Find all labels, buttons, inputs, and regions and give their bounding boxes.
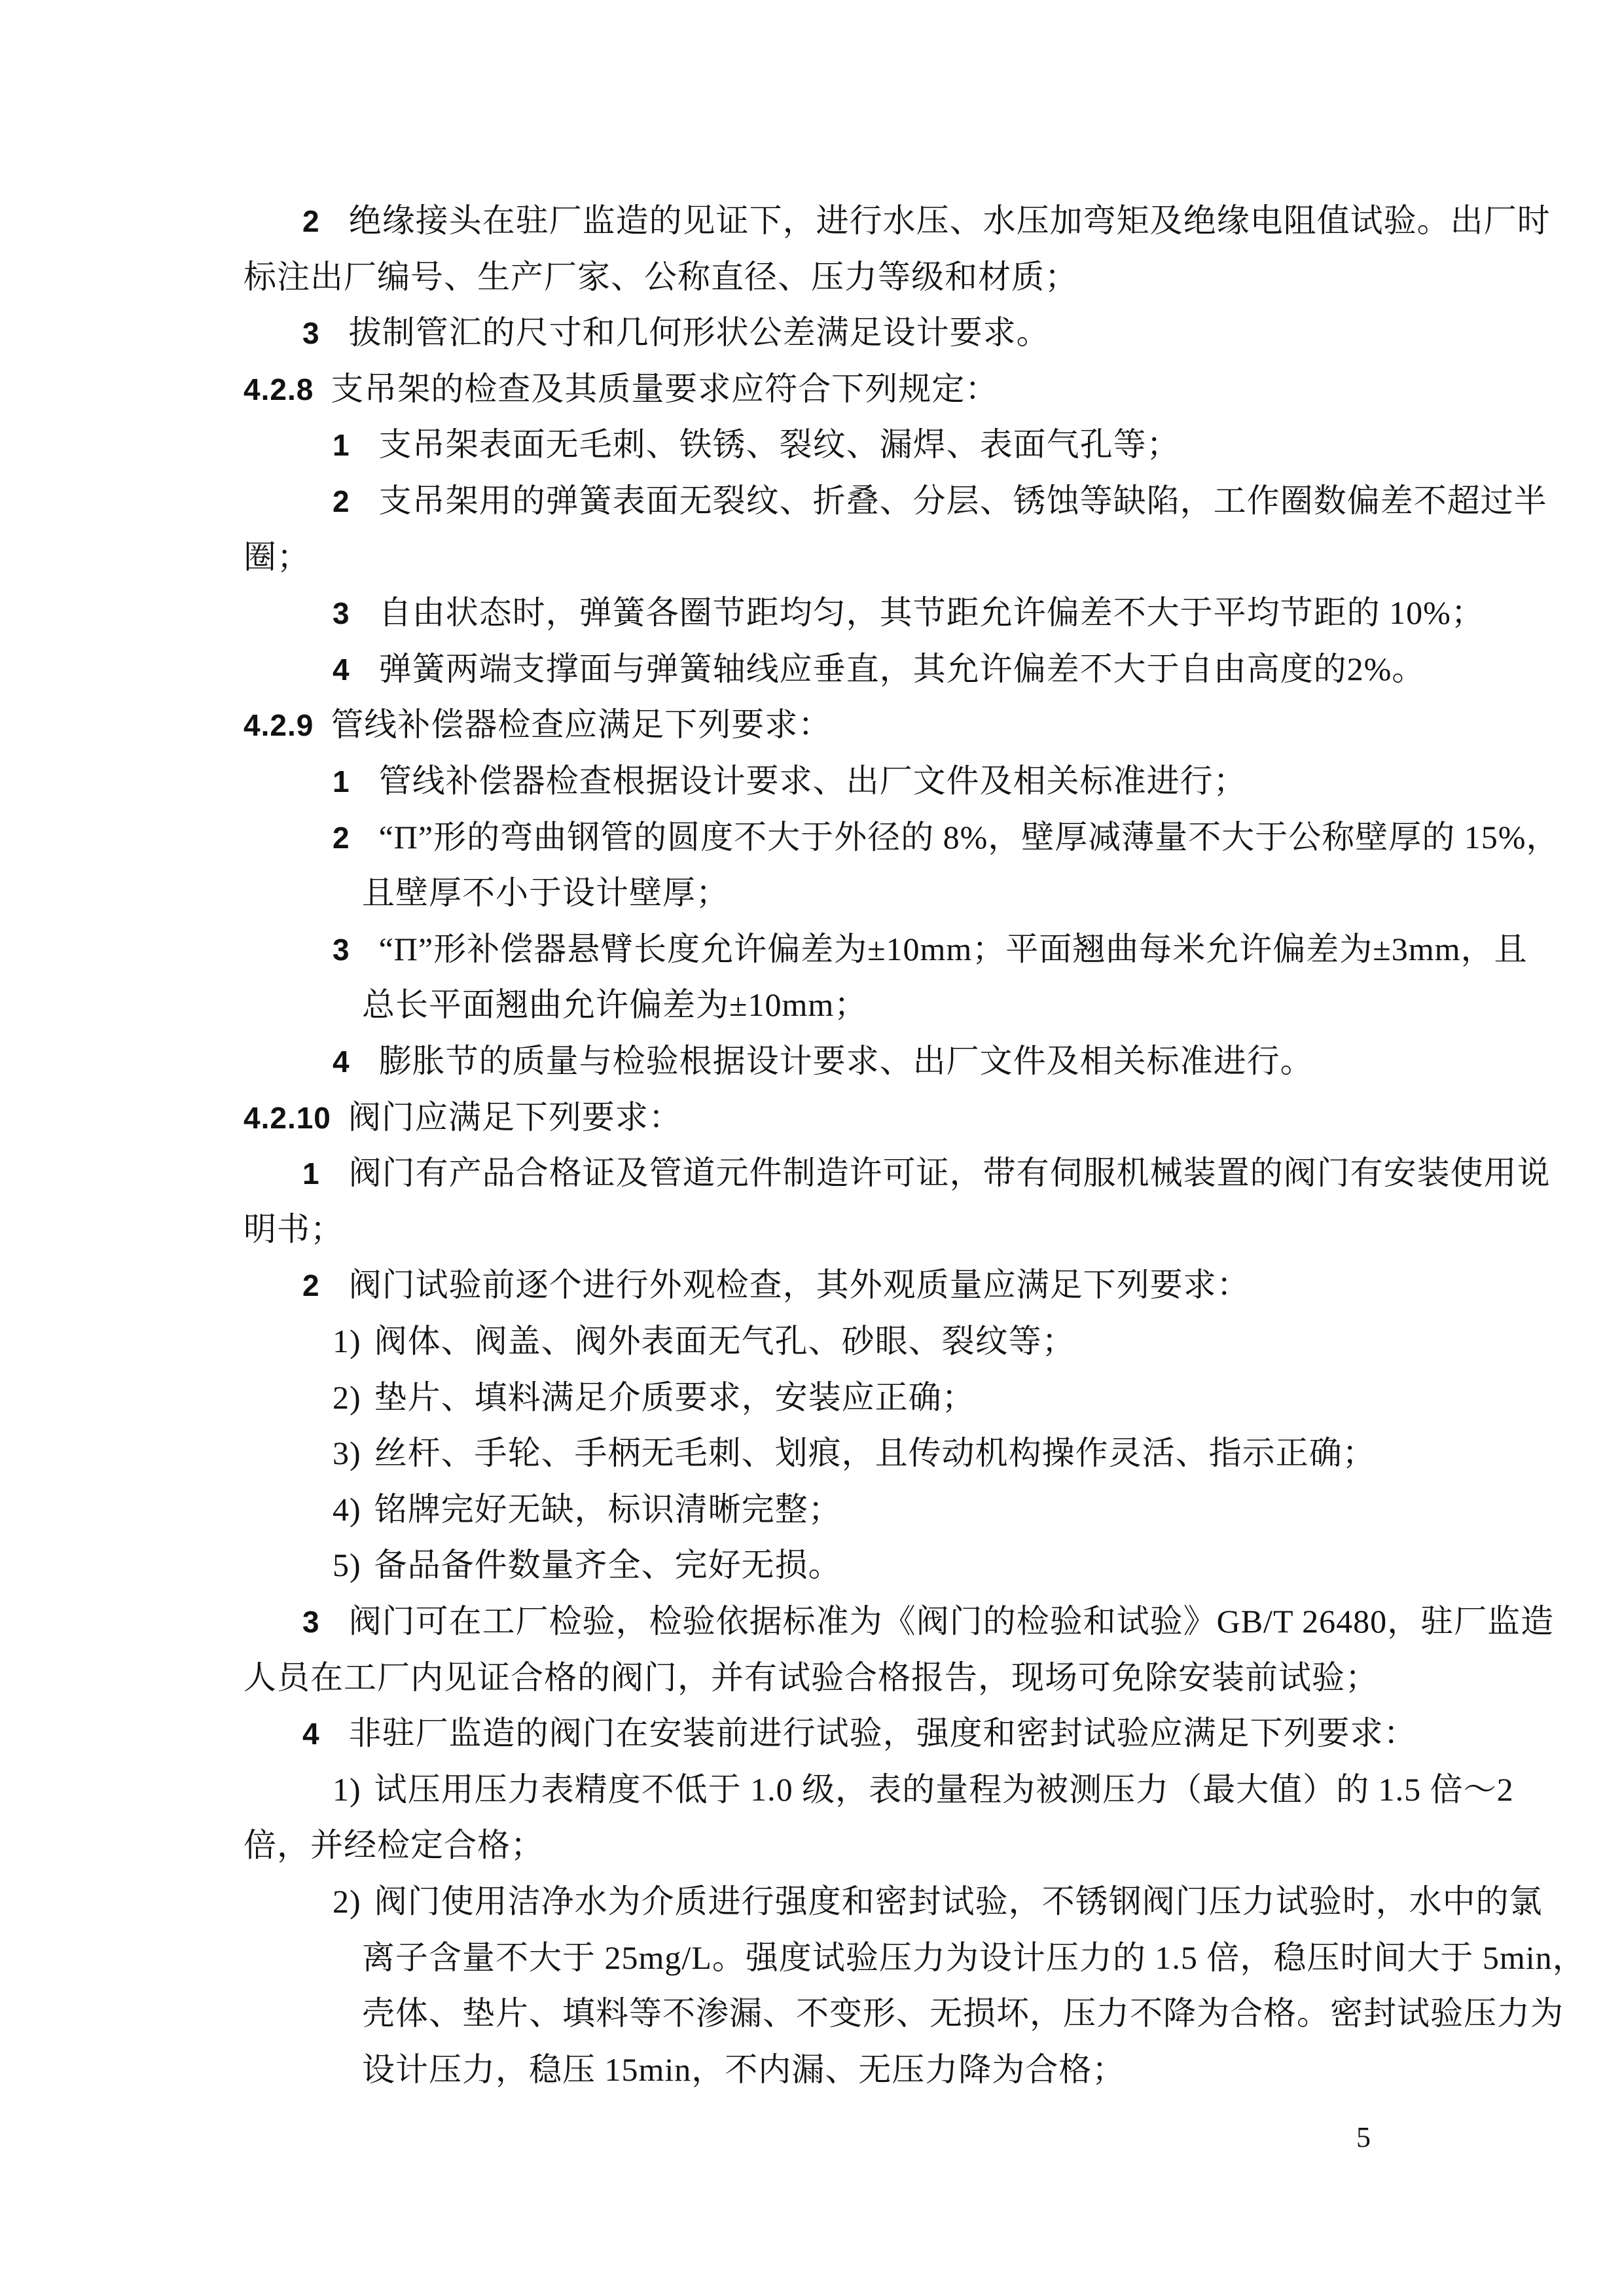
line-text: 总长平面翘曲允许偏差为±10mm； bbox=[362, 986, 867, 1023]
line-text: 阀门可在工厂检验，检验依据标准为《阀门的检验和试验》GB/T 26480，驻厂监… bbox=[349, 1603, 1555, 1640]
item-number: 4 bbox=[333, 1041, 350, 1082]
line-text: 非驻厂监造的阀门在安装前进行试验，强度和密封试验应满足下列要求： bbox=[349, 1715, 1417, 1751]
item-number: 4) bbox=[333, 1489, 361, 1530]
text-line: 3“Π”形补偿器悬臂长度允许偏差为±10mm；平面翘曲每米允许偏差为±3mm，且 bbox=[333, 929, 1528, 970]
text-line: 4非驻厂监造的阀门在安装前进行试验，强度和密封试验应满足下列要求： bbox=[302, 1713, 1417, 1754]
text-line: 总长平面翘曲允许偏差为±10mm； bbox=[362, 984, 867, 1025]
text-line: 2)阀门使用洁净水为介质进行强度和密封试验，不锈钢阀门压力试验时，水中的氯 bbox=[333, 1881, 1543, 1922]
item-number: 2 bbox=[333, 481, 350, 522]
line-text: 铭牌完好无缺，标识清晰完整； bbox=[374, 1491, 842, 1528]
line-text: 绝缘接头在驻厂监造的见证下，进行水压、水压加弯矩及绝缘电阻值试验。出厂时 bbox=[349, 202, 1551, 239]
item-number: 1 bbox=[333, 425, 350, 465]
text-line: 设计压力，稳压 15min，不内漏、无压力降为合格； bbox=[362, 2049, 1125, 2090]
line-text: 阀门有产品合格证及管道元件制造许可证，带有伺服机械装置的阀门有安装使用说 bbox=[349, 1155, 1551, 1191]
line-text: 试压用压力表精度不低于 1.0 级，表的量程为被测压力（最大值）的 1.5 倍～… bbox=[374, 1771, 1514, 1808]
line-text: 支吊架的检查及其质量要求应符合下列规定： bbox=[331, 370, 998, 407]
text-line: 1管线补偿器检查根据设计要求、出厂文件及相关标准进行； bbox=[333, 761, 1247, 802]
document-page: 2绝缘接头在驻厂监造的见证下，进行水压、水压加弯矩及绝缘电阻值试验。出厂时标注出… bbox=[0, 0, 1624, 2296]
item-number: 2 bbox=[302, 201, 320, 242]
line-text: 人员在工厂内见证合格的阀门，并有试验合格报告，现场可免除安装前试验； bbox=[244, 1659, 1379, 1696]
line-text: 拔制管汇的尺寸和几何形状公差满足设计要求。 bbox=[349, 314, 1050, 351]
section-number: 4.2.10 bbox=[244, 1098, 331, 1138]
text-line: 2)垫片、填料满足介质要求，安装应正确； bbox=[333, 1377, 975, 1418]
line-text: “Π”形补偿器悬臂长度允许偏差为±10mm；平面翘曲每米允许偏差为±3mm，且 bbox=[379, 931, 1528, 967]
text-line: 2阀门试验前逐个进行外观检查，其外观质量应满足下列要求： bbox=[302, 1265, 1250, 1306]
line-text: 标注出厂编号、生产厂家、公称直径、压力等级和材质； bbox=[244, 259, 1078, 295]
line-text: 备品备件数量齐全、完好无损。 bbox=[374, 1547, 842, 1583]
line-text: 明书； bbox=[244, 1211, 344, 1247]
item-number: 5) bbox=[333, 1545, 361, 1585]
section-number: 4.2.9 bbox=[244, 705, 314, 745]
text-line: 3自由状态时，弹簧各圈节距均匀，其节距允许偏差不大于平均节距的 10%； bbox=[333, 592, 1485, 634]
item-number: 2) bbox=[333, 1881, 361, 1922]
text-line: 3拔制管汇的尺寸和几何形状公差满足设计要求。 bbox=[302, 312, 1050, 353]
line-text: 支吊架表面无毛刺、铁锈、裂纹、漏焊、表面气孔等； bbox=[379, 426, 1180, 463]
text-line: 1)试压用压力表精度不低于 1.0 级，表的量程为被测压力（最大值）的 1.5 … bbox=[333, 1769, 1514, 1810]
item-number: 4 bbox=[302, 1713, 320, 1754]
text-line: 人员在工厂内见证合格的阀门，并有试验合格报告，现场可免除安装前试验； bbox=[244, 1657, 1379, 1698]
item-number: 2 bbox=[302, 1265, 320, 1306]
line-text: 丝杆、手轮、手柄无毛刺、划痕，且传动机构操作灵活、指示正确； bbox=[374, 1435, 1376, 1471]
line-text: 支吊架用的弹簧表面无裂纹、折叠、分层、锈蚀等缺陷，工作圈数偏差不超过半 bbox=[379, 482, 1547, 519]
section-number: 4.2.8 bbox=[244, 369, 314, 410]
item-number: 1) bbox=[333, 1769, 361, 1810]
line-text: 设计压力，稳压 15min，不内漏、无压力降为合格； bbox=[362, 2051, 1125, 2088]
item-number: 3 bbox=[333, 929, 350, 970]
text-line: 4弹簧两端支撑面与弹簧轴线应垂直，其允许偏差不大于自由高度的2%。 bbox=[333, 649, 1425, 690]
text-line: 2“Π”形的弯曲钢管的圆度不大于外径的 8%，壁厚减薄量不大于公称壁厚的 15%… bbox=[333, 817, 1559, 858]
line-text: 阀门使用洁净水为介质进行强度和密封试验，不锈钢阀门压力试验时，水中的氯 bbox=[374, 1883, 1543, 1920]
line-text: 且壁厚不小于设计壁厚； bbox=[362, 874, 729, 911]
text-line: 标注出厂编号、生产厂家、公称直径、压力等级和材质； bbox=[244, 257, 1078, 297]
item-number: 1 bbox=[302, 1153, 320, 1194]
item-number: 3 bbox=[302, 313, 320, 353]
line-text: 弹簧两端支撑面与弹簧轴线应垂直，其允许偏差不大于自由高度的2%。 bbox=[379, 651, 1426, 687]
text-line: 2支吊架用的弹簧表面无裂纹、折叠、分层、锈蚀等缺陷，工作圈数偏差不超过半 bbox=[333, 480, 1547, 522]
item-number: 2) bbox=[333, 1377, 361, 1418]
line-text: 圈； bbox=[244, 539, 310, 575]
text-line: 4)铭牌完好无缺，标识清晰完整； bbox=[333, 1489, 842, 1530]
line-text: 阀体、阀盖、阀外表面无气孔、砂眼、裂纹等； bbox=[374, 1323, 1075, 1359]
text-line: 且壁厚不小于设计壁厚； bbox=[362, 872, 729, 913]
section-heading-line: 4.2.10阀门应满足下列要求： bbox=[244, 1097, 682, 1138]
line-text: 膨胀节的质量与检验根据设计要求、出厂文件及相关标准进行。 bbox=[379, 1043, 1314, 1079]
text-line: 1阀门有产品合格证及管道元件制造许可证，带有伺服机械装置的阀门有安装使用说 bbox=[302, 1153, 1551, 1194]
item-number: 3 bbox=[333, 593, 350, 634]
line-text: 壳体、垫片、填料等不渗漏、不变形、无损坏，压力不降为合格。密封试验压力为 bbox=[362, 1995, 1564, 2032]
line-text: 自由状态时，弹簧各圈节距均匀，其节距允许偏差不大于平均节距的 10%； bbox=[379, 594, 1485, 631]
line-text: 垫片、填料满足介质要求，安装应正确； bbox=[374, 1379, 975, 1416]
text-line: 壳体、垫片、填料等不渗漏、不变形、无损坏，压力不降为合格。密封试验压力为 bbox=[362, 1993, 1564, 2034]
text-line: 2绝缘接头在驻厂监造的见证下，进行水压、水压加弯矩及绝缘电阻值试验。出厂时 bbox=[302, 200, 1551, 242]
text-line: 3)丝杆、手轮、手柄无毛刺、划痕，且传动机构操作灵活、指示正确； bbox=[333, 1433, 1376, 1473]
text-line: 4膨胀节的质量与检验根据设计要求、出厂文件及相关标准进行。 bbox=[333, 1041, 1314, 1082]
text-line: 明书； bbox=[244, 1209, 344, 1249]
item-number: 3) bbox=[333, 1433, 361, 1473]
text-line: 倍，并经检定合格； bbox=[244, 1825, 544, 1865]
section-heading-line: 4.2.8支吊架的检查及其质量要求应符合下列规定： bbox=[244, 368, 998, 410]
section-heading-line: 4.2.9管线补偿器检查应满足下列要求： bbox=[244, 704, 831, 745]
item-number: 2 bbox=[333, 817, 350, 858]
line-text: 倍，并经检定合格； bbox=[244, 1827, 544, 1863]
line-text: 管线补偿器检查根据设计要求、出厂文件及相关标准进行； bbox=[379, 762, 1247, 799]
item-number: 1) bbox=[333, 1321, 361, 1361]
item-number: 3 bbox=[302, 1602, 320, 1642]
line-text: 阀门应满足下列要求： bbox=[348, 1099, 682, 1136]
text-line: 1支吊架表面无毛刺、铁锈、裂纹、漏焊、表面气孔等； bbox=[333, 424, 1180, 465]
item-number: 4 bbox=[333, 649, 350, 690]
text-line: 1)阀体、阀盖、阀外表面无气孔、砂眼、裂纹等； bbox=[333, 1321, 1075, 1361]
line-text: 离子含量不大于 25mg/L。强度试验压力为设计压力的 1.5 倍，稳压时间大于… bbox=[362, 1939, 1586, 1976]
line-text: 阀门试验前逐个进行外观检查，其外观质量应满足下列要求： bbox=[349, 1266, 1250, 1303]
line-text: 管线补偿器检查应满足下列要求： bbox=[331, 706, 831, 743]
line-text: “Π”形的弯曲钢管的圆度不大于外径的 8%，壁厚减薄量不大于公称壁厚的 15%， bbox=[379, 819, 1560, 855]
text-line: 3阀门可在工厂检验，检验依据标准为《阀门的检验和试验》GB/T 26480，驻厂… bbox=[302, 1601, 1554, 1642]
page-number: 5 bbox=[1356, 2121, 1371, 2154]
text-line: 离子含量不大于 25mg/L。强度试验压力为设计压力的 1.5 倍，稳压时间大于… bbox=[362, 1937, 1586, 1978]
item-number: 1 bbox=[333, 761, 350, 802]
text-line: 5)备品备件数量齐全、完好无损。 bbox=[333, 1545, 842, 1585]
text-line: 圈； bbox=[244, 537, 310, 577]
